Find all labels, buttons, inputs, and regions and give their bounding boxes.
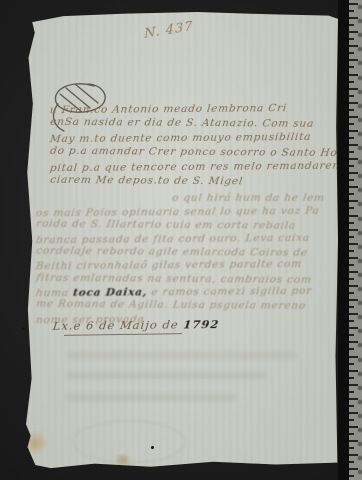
ruler-major-tick — [349, 412, 358, 414]
ruler-major-tick — [349, 17, 358, 19]
ruler-number-mark — [358, 132, 362, 136]
ruler-major-tick — [349, 200, 358, 202]
ruler-minor-tick — [349, 151, 354, 153]
ruler-number-mark — [358, 343, 362, 347]
scan-background-mat: N. 437 u Fran.co Antonio meado lembrona … — [0, 0, 362, 480]
ruler-number-mark — [358, 33, 362, 37]
ruler-number-mark — [358, 358, 362, 362]
ruler-minor-tick — [349, 165, 354, 167]
measurement-ruler — [338, 0, 362, 480]
ruler-number-mark — [358, 273, 362, 277]
ruler-minor-tick — [349, 334, 354, 336]
ruler-major-tick — [349, 327, 358, 329]
ruler-number-mark — [358, 428, 362, 432]
ruler-minor-tick — [349, 24, 354, 26]
ruler-number-mark — [358, 76, 362, 80]
ruler-major-tick — [349, 215, 358, 217]
ruler-minor-tick — [349, 348, 354, 350]
ruler-minor-tick — [349, 306, 354, 308]
ruler-minor-tick — [349, 236, 354, 238]
ruler-minor-tick — [349, 250, 354, 252]
ruler-number-mark — [358, 245, 362, 249]
ruler-minor-tick — [349, 363, 354, 365]
ruler-number-mark — [358, 259, 362, 263]
manuscript-page: N. 437 u Fran.co Antonio meado lembrona … — [26, 12, 338, 470]
ruler-major-tick — [349, 398, 358, 400]
ruler-number-mark — [358, 329, 362, 333]
ruler-number-mark — [358, 231, 362, 235]
ruler-number-mark — [358, 470, 362, 474]
ruler-major-tick — [349, 257, 358, 259]
ruler-number-mark — [358, 202, 362, 206]
ruler-minor-tick — [349, 38, 354, 40]
ruler-number-mark — [358, 414, 362, 418]
ruler-minor-tick — [349, 461, 354, 463]
ruler-minor-tick — [349, 377, 354, 379]
ruler-minor-tick — [349, 137, 354, 139]
ruler-number-mark — [358, 188, 362, 192]
ruler-major-tick — [349, 285, 358, 287]
ruler-number-mark — [358, 90, 362, 94]
ruler-major-tick — [349, 102, 358, 104]
ruler-major-tick — [349, 186, 358, 188]
ruler-number-mark — [358, 287, 362, 291]
ruler-minor-tick — [349, 475, 354, 477]
ruler-minor-tick — [349, 95, 354, 97]
ruler-number-mark — [358, 19, 362, 23]
ruler-minor-tick — [349, 193, 354, 195]
ruler-major-tick — [349, 88, 358, 90]
ruler-major-tick — [349, 59, 358, 61]
ruler-number-mark — [358, 315, 362, 319]
ruler-number-mark — [358, 217, 362, 221]
ruler-major-tick — [349, 341, 358, 343]
ruler-minor-tick — [349, 419, 354, 421]
ruler-number-mark — [358, 456, 362, 460]
dateline-place-month: Lx.e 6 de Maijo de — [52, 318, 184, 333]
ruler-major-tick — [349, 426, 358, 428]
ruler-minor-tick — [349, 52, 354, 54]
mat-speck — [22, 327, 25, 330]
ruler-major-tick — [349, 454, 358, 456]
water-stain-ring — [72, 420, 186, 464]
ruler-minor-tick — [349, 391, 354, 393]
ruler-number-mark — [358, 61, 362, 65]
ruler-major-tick — [349, 229, 358, 231]
ruler-number-mark — [358, 160, 362, 164]
ruler-major-tick — [349, 440, 358, 442]
paper-stain — [22, 430, 48, 456]
ruler-minor-tick — [349, 405, 354, 407]
ruler-minor-tick — [349, 123, 354, 125]
ruler-major-tick — [349, 31, 358, 33]
ruler-number-mark — [358, 146, 362, 150]
ruler-minor-tick — [349, 447, 354, 449]
ruler-major-tick — [349, 356, 358, 358]
ruler-number-mark — [358, 301, 362, 305]
dateline-underline — [64, 333, 182, 336]
ruler-minor-tick — [349, 222, 354, 224]
ruler-major-tick — [349, 158, 358, 160]
ruler-major-tick — [349, 299, 358, 301]
ink-showthrough — [66, 372, 266, 379]
ruler-number-mark — [358, 400, 362, 404]
ink-showthrough — [66, 394, 236, 401]
ruler-number-mark — [358, 104, 362, 108]
ruler-minor-tick — [349, 81, 354, 83]
ruler-minor-tick — [349, 109, 354, 111]
ruler-number-mark — [358, 118, 362, 122]
ruler-major-tick — [349, 144, 358, 146]
ruler-major-tick — [349, 313, 358, 315]
ruler-major-tick — [349, 116, 358, 118]
ruler-minor-tick — [349, 66, 354, 68]
ruler-number-mark — [358, 372, 362, 376]
ruler-number-mark — [358, 442, 362, 446]
ruler-number-mark — [358, 47, 362, 51]
emphasized-words: toca Daixa, — [72, 286, 148, 299]
letter-body: u Fran.co Antonio meado lembrona Cri enS… — [50, 102, 338, 326]
handwritten-line: ciarem Me depos.to de S. Migel — [49, 173, 339, 190]
ruler-major-tick — [349, 370, 358, 372]
archive-number: N. 437 — [144, 19, 193, 42]
ink-speck — [151, 446, 154, 449]
ruler-major-tick — [349, 45, 358, 47]
ruler-major-tick — [349, 74, 358, 76]
line-fragment: e ramos camezi sigilla por — [147, 285, 313, 298]
ink-showthrough — [66, 352, 296, 359]
ruler-number-mark — [358, 5, 362, 9]
ruler-major-tick — [349, 172, 358, 174]
ruler-minor-tick — [349, 433, 354, 435]
ruler-minor-tick — [349, 179, 354, 181]
handwritten-line: o qul hirá hum da he lem — [49, 192, 339, 205]
ruler-major-tick — [349, 243, 358, 245]
ruler-number-mark — [358, 174, 362, 178]
ruler-minor-tick — [349, 10, 354, 12]
paper-stain — [112, 454, 134, 466]
ruler-minor-tick — [349, 264, 354, 266]
ruler-major-tick — [349, 130, 358, 132]
ruler-number-mark — [358, 386, 362, 390]
ruler-minor-tick — [349, 278, 354, 280]
ruler-minor-tick — [349, 320, 354, 322]
dateline-year: 1792 — [183, 317, 221, 331]
ruler-minor-tick — [349, 207, 354, 209]
ruler-minor-tick — [349, 292, 354, 294]
ruler-major-tick — [349, 271, 358, 273]
ruler-major-tick — [349, 3, 358, 5]
ruler-major-tick — [349, 468, 358, 470]
ruler-major-tick — [349, 384, 358, 386]
dateline: Lx.e 6 de Maijo de 1792 — [52, 317, 220, 333]
